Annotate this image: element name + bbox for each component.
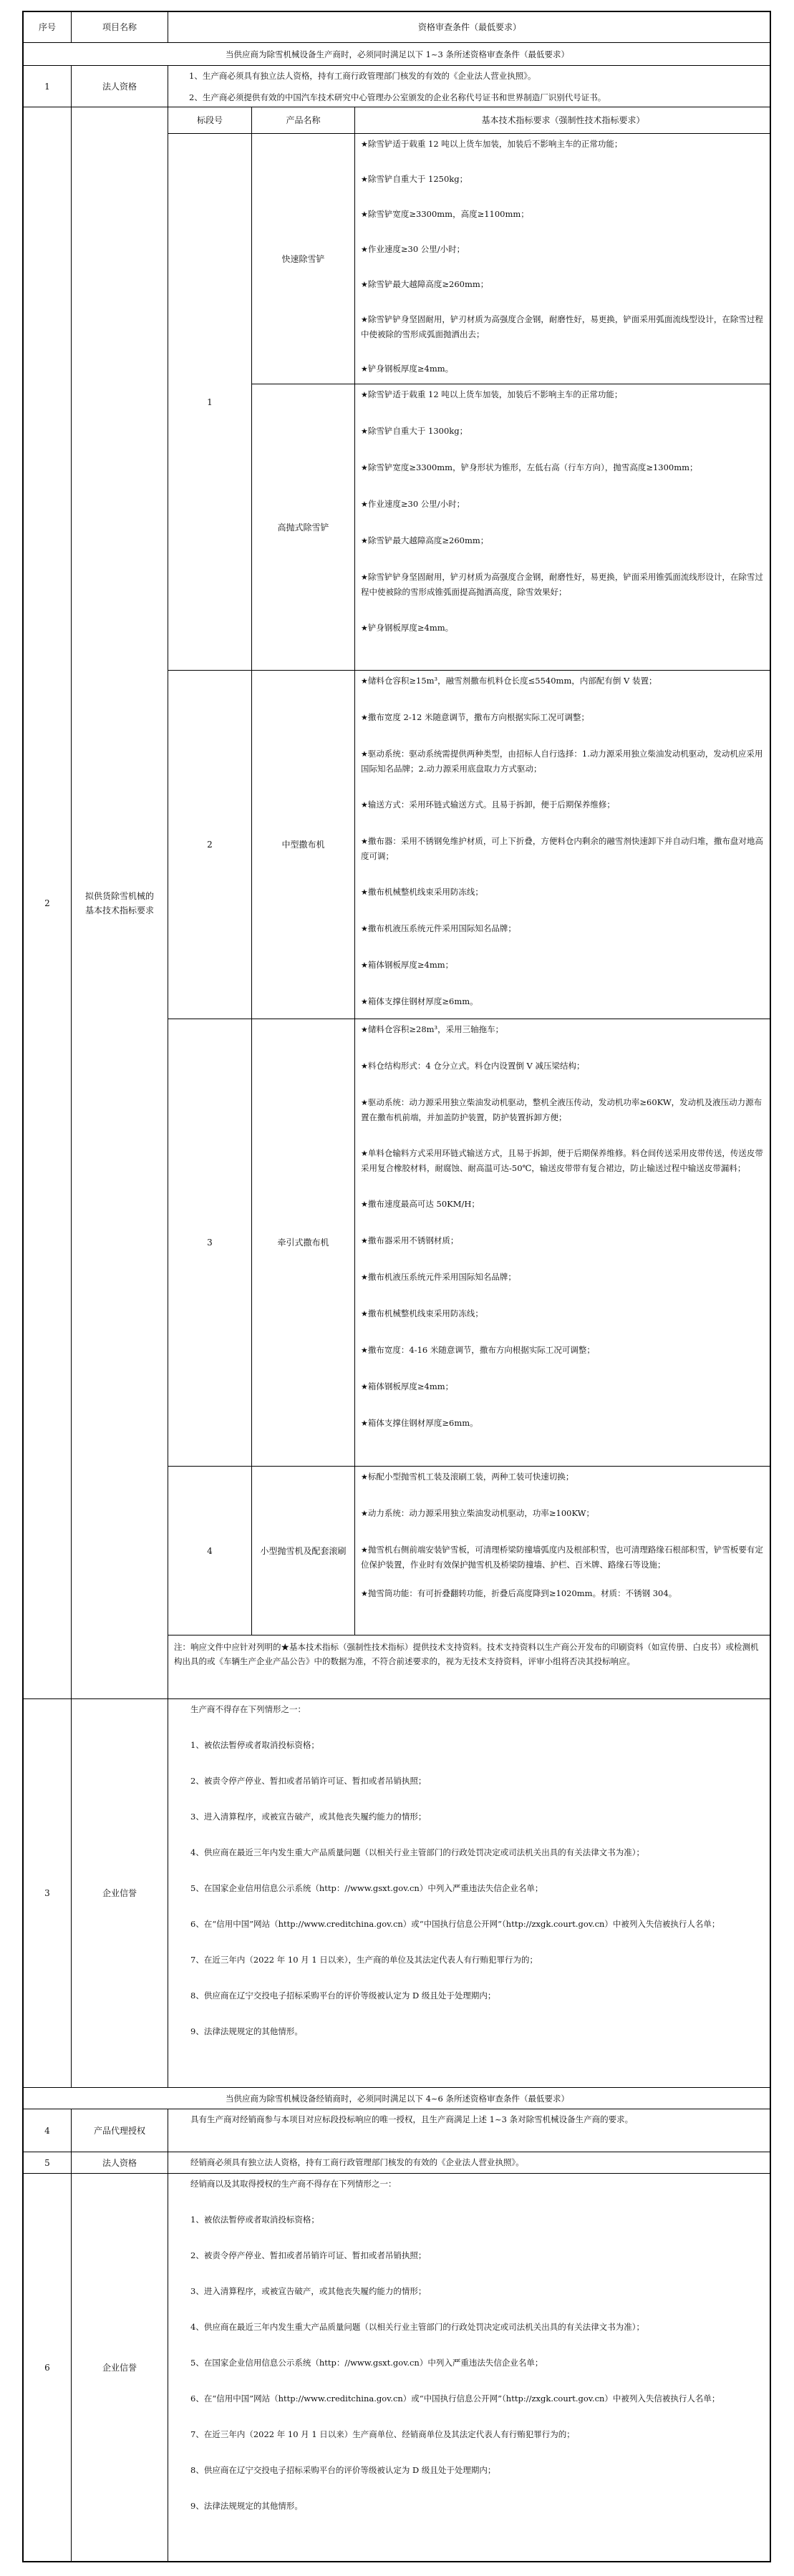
row6-no: 6 <box>24 2174 72 2561</box>
row1-item: 法人资格 <box>72 66 168 107</box>
star-icon: ★ <box>361 1098 368 1107</box>
row3-item: 企业信誉 <box>72 1699 168 2088</box>
product-small-snow-blower: 小型抛雪机及配套滚刷 <box>252 1467 355 1635</box>
list-item: 4、供应商在最近三年内发生重大产品质量问题（以相关行业主管部门的行政处罚决定或司… <box>174 1845 765 1860</box>
header-condition: 资格审查条件（最低要求） <box>168 12 771 43</box>
spec-high-throw-plow: ★除雪铲适于载重 12 吨以上货车加装，加装后不影响主车的正常功能； ★除雪铲自… <box>355 384 771 671</box>
star-icon: ★ <box>361 1509 368 1518</box>
list-item: 9、法律法规规定的其他情形。 <box>174 2499 765 2513</box>
list-item: 7、在近三年内（2022 年 10 月 1 日以来），生产商的单位及其法定代表人… <box>174 1953 765 1967</box>
star-icon: ★ <box>361 749 368 759</box>
technical-note: 注：响应文件中应针对列明的★基本技术指标（强制性技术指标）提供技术支持资料。技术… <box>168 1635 771 1699</box>
row2-item: 拟供货除雪机械的基本技术指标要求 <box>72 107 168 1699</box>
segment-2: 2 <box>168 671 252 1019</box>
qualification-table: 序号 项目名称 资格审查条件（最低要求） 当供应商为除雪机械设备生产商时，必须同… <box>22 11 771 2562</box>
star-icon: ★ <box>361 713 368 722</box>
header-no: 序号 <box>24 12 72 43</box>
subheader-segment: 标段号 <box>168 107 252 134</box>
star-icon: ★ <box>361 390 368 399</box>
spec-small-snow-blower: ★标配小型抛雪机工装及滚刷工装，两种工装可快速切换； ★动力系统：动力源采用独立… <box>355 1467 771 1635</box>
star-icon: ★ <box>361 676 368 686</box>
star-icon: ★ <box>361 245 368 254</box>
star-icon: ★ <box>361 1472 368 1482</box>
star-icon: ★ <box>361 1346 368 1355</box>
list-item: 3、进入清算程序，或被宣告破产，或其他丧失履约能力的情形； <box>174 2284 765 2298</box>
product-high-throw-plow: 高抛式除雪铲 <box>252 384 355 671</box>
star-icon: ★ <box>361 315 368 324</box>
list-item: 2、被责令停产停业、暂扣或者吊销许可证、暂扣或者吊销执照； <box>174 2248 765 2262</box>
spec-towed-spreader: ★储料仓容积≥28m³，采用三轴拖车； ★料仓结构形式：4 仓分立式。料仓内设置… <box>355 1019 771 1467</box>
star-icon: ★ <box>361 1419 368 1428</box>
row1-line-2: 2、生产商必须提供有效的中国汽车技术研究中心管理办公室颁发的企业名称代号证书和世… <box>173 90 767 105</box>
star-icon: ★ <box>361 1025 368 1034</box>
list-item: 7、在近三年内（2022 年 10 月 1 日以来）生产商单位、经销商单位及其法… <box>174 2427 765 2441</box>
star-icon: ★ <box>361 210 368 219</box>
star-icon: ★ <box>361 175 368 184</box>
segment-3: 3 <box>168 1019 252 1467</box>
star-icon: ★ <box>361 140 368 149</box>
row1-no: 1 <box>24 66 72 107</box>
list-item: 1、被依法暂停或者取消投标资格； <box>174 1738 765 1752</box>
list-item: 2、被责令停产停业、暂扣或者吊销许可证、暂扣或者吊销执照； <box>174 1774 765 1788</box>
list-item: 5、在国家企业信用信息公示系统（http：//www.gsxt.gov.cn）中… <box>174 2356 765 2370</box>
list-item: 8、供应商在辽宁交投电子招标采购平台的评价等级被认定为 D 级且处于处理期内； <box>174 1988 765 2003</box>
star-icon: ★ <box>361 623 368 633</box>
star-icon: ★ <box>361 536 368 545</box>
star-icon: ★ <box>361 1200 368 1209</box>
row5-no: 5 <box>24 2152 72 2174</box>
list-item: 8、供应商在辽宁交投电子招标采购平台的评价等级被认定为 D 级且处于处理期内； <box>174 2463 765 2477</box>
list-item: 6、在“信用中国”网站（http://www.creditchina.gov.c… <box>174 1917 765 1931</box>
list-item: 9、法律法规规定的其他情形。 <box>174 2024 765 2038</box>
row6-item: 企业信誉 <box>72 2174 168 2561</box>
star-icon: ★ <box>361 1545 368 1555</box>
star-icon: ★ <box>361 1589 368 1598</box>
list-item: 1、被依法暂停或者取消投标资格； <box>174 2212 765 2227</box>
star-icon: ★ <box>361 837 368 846</box>
list-item: 3、进入清算程序，或被宣告破产，或其他丧失履约能力的情形； <box>174 1809 765 1824</box>
spec-medium-spreader: ★储料仓容积≥15m³，融雪剂撒布机料仓长度≤5540mm，内部配有倒 V 装置… <box>355 671 771 1019</box>
star-icon: ★ <box>361 280 368 289</box>
star-icon: ★ <box>361 961 368 970</box>
star-icon: ★ <box>361 997 368 1006</box>
row1-conditions: 1、生产商必须具有独立法人资格，持有工商行政管理部门核发的有效的《企业法人营业执… <box>168 66 771 107</box>
row5-item: 法人资格 <box>72 2152 168 2174</box>
star-icon: ★ <box>361 1149 368 1158</box>
row2-no: 2 <box>24 107 72 1699</box>
star-icon: ★ <box>361 427 368 436</box>
subheader-product: 产品名称 <box>252 107 355 134</box>
row6-conditions: 经销商以及其取得授权的生产商不得存在下列情形之一： 1、被依法暂停或者取消投标资… <box>168 2174 771 2561</box>
row3-conditions: 生产商不得存在下列情形之一： 1、被依法暂停或者取消投标资格； 2、被责令停产停… <box>168 1699 771 2088</box>
list-item: 6、在“信用中国”网站（http://www.creditchina.gov.c… <box>174 2391 765 2406</box>
star-icon: ★ <box>361 463 368 472</box>
row1-line-1: 1、生产商必须具有独立法人资格，持有工商行政管理部门核发的有效的《企业法人营业执… <box>173 69 767 83</box>
row3-no: 3 <box>24 1699 72 2088</box>
star-icon: ★ <box>361 500 368 509</box>
list-item: 4、供应商在最近三年内发生重大产品质量问题（以相关行业主管部门的行政处罚决定或司… <box>174 2320 765 2334</box>
product-quick-plow: 快速除雪铲 <box>252 134 355 384</box>
segment-4: 4 <box>168 1467 252 1635</box>
banner-manufacturer: 当供应商为除雪机械设备生产商时，必须同时满足以下 1~3 条所述资格审查条件（最… <box>24 43 771 66</box>
star-icon: ★ <box>361 1309 368 1318</box>
star-icon: ★ <box>361 1061 368 1071</box>
product-medium-spreader: 中型撒布机 <box>252 671 355 1019</box>
header-item: 项目名称 <box>72 12 168 43</box>
star-icon: ★ <box>361 924 368 933</box>
row4-item: 产品代理授权 <box>72 2109 168 2152</box>
product-towed-spreader: 牵引式撒布机 <box>252 1019 355 1467</box>
star-icon: ★ <box>361 1236 368 1245</box>
row5-conditions: 经销商必须具有独立法人资格，持有工商行政管理部门核发的有效的《企业法人营业执照》… <box>168 2152 771 2174</box>
star-icon: ★ <box>361 888 368 897</box>
star-icon: ★ <box>361 1273 368 1282</box>
star-icon: ★ <box>361 800 368 810</box>
star-icon: ★ <box>361 364 368 374</box>
star-icon: ★ <box>361 573 368 582</box>
row4-no: 4 <box>24 2109 72 2152</box>
row4-conditions: 具有生产商对经销商参与本项目对应标段投标响应的唯一授权，且生产商满足上述 1~3… <box>168 2109 771 2152</box>
list-item: 5、在国家企业信用信息公示系统（http：//www.gsxt.gov.cn）中… <box>174 1881 765 1895</box>
subheader-spec: 基本技术指标要求（强制性技术指标要求） <box>355 107 771 134</box>
banner-dealer: 当供应商为除雪机械设备经销商时，必须同时满足以下 4~6 条所述资格审查条件（最… <box>24 2088 771 2109</box>
segment-1: 1 <box>168 134 252 671</box>
spec-quick-plow: ★除雪铲适于载重 12 吨以上货车加装，加装后不影响主车的正常功能； ★除雪铲自… <box>355 134 771 384</box>
star-icon: ★ <box>361 1382 368 1391</box>
